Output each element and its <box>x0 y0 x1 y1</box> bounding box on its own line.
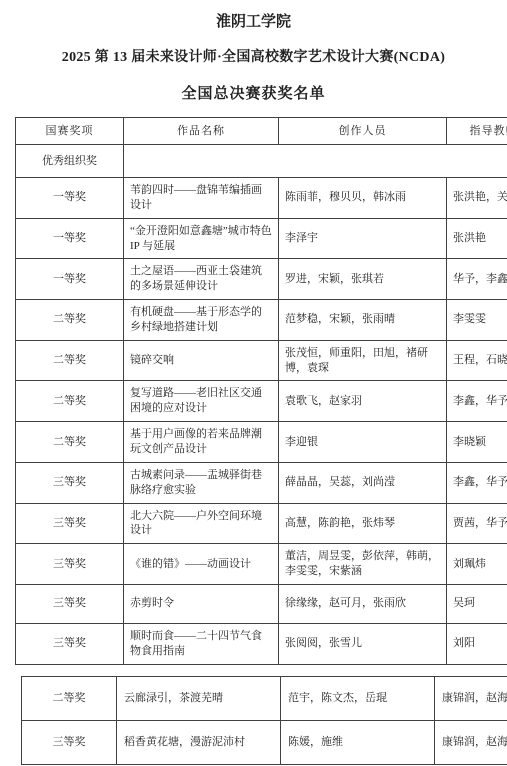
work-cell: 有机硬盘——基于形态学的乡村绿地搭建计划 <box>124 300 279 341</box>
award-cell: 三等奖 <box>16 584 124 623</box>
advisors-cell: 李鑫，华予 <box>447 381 507 422</box>
creators-cell: 张阅阅，张雪儿 <box>279 623 447 664</box>
advisors-cell: 李晓颖 <box>447 422 507 463</box>
advisors-cell: 华予，李鑫 <box>447 259 507 300</box>
work-cell: 《谁的错》——动画设计 <box>124 544 279 585</box>
table-row: 三等奖 稻香黄花塘，漫游泥沛村 陈媛，施维 康锦润，赵海英 <box>22 720 507 764</box>
award-cell: 三等奖 <box>22 720 117 764</box>
title-block: 淮阴工学院 2025 第 13 届未来设计师·全国高校数字艺术设计大赛(NCDA… <box>0 0 507 104</box>
table-row: 二等奖 镜碎交响 张茂恒，师重阳，田旭，褚研博，袁琛 王程，石晓蕾 <box>16 340 507 381</box>
creators-cell: 陈雨菲，穆贝贝，韩冰雨 <box>279 178 447 219</box>
table-row: 一等奖 “金开澄阳如意鑫塘”城市特色 IP 与延展 李泽宇 张洪艳 <box>16 218 507 259</box>
table-row: 二等奖 复写道路——老旧社区交通困境的应对设计 袁歌飞，赵家羽 李鑫，华予 <box>16 381 507 422</box>
advisors-cell: 李雯雯 <box>447 300 507 341</box>
title-competition: 2025 第 13 届未来设计师·全国高校数字艺术设计大赛(NCDA) <box>0 48 507 68</box>
advisors-cell: 张洪艳 <box>447 218 507 259</box>
creators-cell: 李迎银 <box>279 422 447 463</box>
work-cell: 云廊渌引，茶渡芜晴 <box>117 676 281 720</box>
awards-table: 国赛奖项 作品名称 创作人员 指导教师 优秀组织奖 一等奖 苇韵四时——盘锦苇编… <box>15 117 507 665</box>
advisors-cell: 康锦润，赵海英 <box>435 676 507 720</box>
award-cell: 三等奖 <box>16 462 124 503</box>
award-cell: 三等奖 <box>16 544 124 585</box>
award-cell: 二等奖 <box>16 381 124 422</box>
advisors-cell: 王程，石晓蕾 <box>447 340 507 381</box>
creators-cell: 罗进，宋颖，张琪若 <box>279 259 447 300</box>
column-header-work: 作品名称 <box>124 118 279 145</box>
award-cell: 二等奖 <box>16 422 124 463</box>
award-cell: 二等奖 <box>16 300 124 341</box>
creators-cell: 徐缘缘，赵可月，张雨欣 <box>279 584 447 623</box>
table-row: 三等奖 古城素问录——盂城驿街巷脉络疗愈实验 薛晶晶，吴蕊，刘尚滢 李鑫，华予 <box>16 462 507 503</box>
award-cell: 二等奖 <box>16 340 124 381</box>
award-cell: 一等奖 <box>16 218 124 259</box>
merged-empty-cell <box>124 145 507 178</box>
work-cell: “金开澄阳如意鑫塘”城市特色 IP 与延展 <box>124 218 279 259</box>
table-row: 一等奖 土之屋语——西亚土袋建筑的多场景延伸设计 罗进，宋颖，张琪若 华予，李鑫 <box>16 259 507 300</box>
advisors-cell: 吴珂 <box>447 584 507 623</box>
table-row: 三等奖 顺时而食——二十四节气食物食用指南 张阅阅，张雪儿 刘阳 <box>16 623 507 664</box>
title-university: 淮阴工学院 <box>0 12 507 32</box>
award-cell: 三等奖 <box>16 623 124 664</box>
table-row: 一等奖 苇韵四时——盘锦苇编插画设计 陈雨菲，穆贝贝，韩冰雨 张洪艳，关荣 <box>16 178 507 219</box>
work-cell: 复写道路——老旧社区交通困境的应对设计 <box>124 381 279 422</box>
table-row: 二等奖 有机硬盘——基于形态学的乡村绿地搭建计划 范梦稳，宋颖，张雨晴 李雯雯 <box>16 300 507 341</box>
creators-cell: 范宇，陈文杰，岳琨 <box>281 676 435 720</box>
column-header-creators: 创作人员 <box>279 118 447 145</box>
creators-cell: 范梦稳，宋颖，张雨晴 <box>279 300 447 341</box>
creators-cell: 薛晶晶，吴蕊，刘尚滢 <box>279 462 447 503</box>
column-header-advisors: 指导教师 <box>447 118 507 145</box>
table-row: 三等奖 《谁的错》——动画设计 董洁，周昱雯，彭依萍，韩萌，李雯雯，宋紫涵 刘珮… <box>16 544 507 585</box>
advisors-cell: 刘珮炜 <box>447 544 507 585</box>
advisors-cell: 刘阳 <box>447 623 507 664</box>
table-row: 三等奖 赤剪时令 徐缘缘，赵可月，张雨欣 吴珂 <box>16 584 507 623</box>
work-cell: 镜碎交响 <box>124 340 279 381</box>
award-cell: 优秀组织奖 <box>16 145 124 178</box>
table-header-row: 国赛奖项 作品名称 创作人员 指导教师 <box>16 118 507 145</box>
work-cell: 顺时而食——二十四节气食物食用指南 <box>124 623 279 664</box>
work-cell: 基于用户画像的若来品牌潮玩文创产品设计 <box>124 422 279 463</box>
table-row: 三等奖 北大六院——户外空间环境设计 高慧，陈韵艳，张炜琴 贾茜，华予 <box>16 503 507 544</box>
creators-cell: 高慧，陈韵艳，张炜琴 <box>279 503 447 544</box>
creators-cell: 董洁，周昱雯，彭依萍，韩萌，李雯雯，宋紫涵 <box>279 544 447 585</box>
work-cell: 稻香黄花塘，漫游泥沛村 <box>117 720 281 764</box>
advisors-cell: 张洪艳，关荣 <box>447 178 507 219</box>
creators-cell: 张茂恒，师重阳，田旭，褚研博，袁琛 <box>279 340 447 381</box>
advisors-cell: 李鑫，华予 <box>447 462 507 503</box>
table-row: 优秀组织奖 <box>16 145 507 178</box>
table-row: 二等奖 基于用户画像的若来品牌潮玩文创产品设计 李迎银 李晓颖 <box>16 422 507 463</box>
table-row: 二等奖 云廊渌引，茶渡芜晴 范宇，陈文杰，岳琨 康锦润，赵海英 <box>22 676 507 720</box>
award-cell: 一等奖 <box>16 178 124 219</box>
award-cell: 三等奖 <box>16 503 124 544</box>
creators-cell: 李泽宇 <box>279 218 447 259</box>
award-cell: 一等奖 <box>16 259 124 300</box>
column-header-award: 国赛奖项 <box>16 118 124 145</box>
award-cell: 二等奖 <box>22 676 117 720</box>
work-cell: 苇韵四时——盘锦苇编插画设计 <box>124 178 279 219</box>
work-cell: 北大六院——户外空间环境设计 <box>124 503 279 544</box>
creators-cell: 袁歌飞，赵家羽 <box>279 381 447 422</box>
title-subtitle: 全国总决赛获奖名单 <box>0 84 507 104</box>
creators-cell: 陈媛，施维 <box>281 720 435 764</box>
secondary-awards-table: 二等奖 云廊渌引，茶渡芜晴 范宇，陈文杰，岳琨 康锦润，赵海英 三等奖 稻香黄花… <box>21 676 507 765</box>
work-cell: 古城素问录——盂城驿街巷脉络疗愈实验 <box>124 462 279 503</box>
advisors-cell: 贾茜，华予 <box>447 503 507 544</box>
work-cell: 赤剪时令 <box>124 584 279 623</box>
work-cell: 土之屋语——西亚土袋建筑的多场景延伸设计 <box>124 259 279 300</box>
document-page: 淮阴工学院 2025 第 13 届未来设计师·全国高校数字艺术设计大赛(NCDA… <box>0 0 507 766</box>
advisors-cell: 康锦润，赵海英 <box>435 720 507 764</box>
